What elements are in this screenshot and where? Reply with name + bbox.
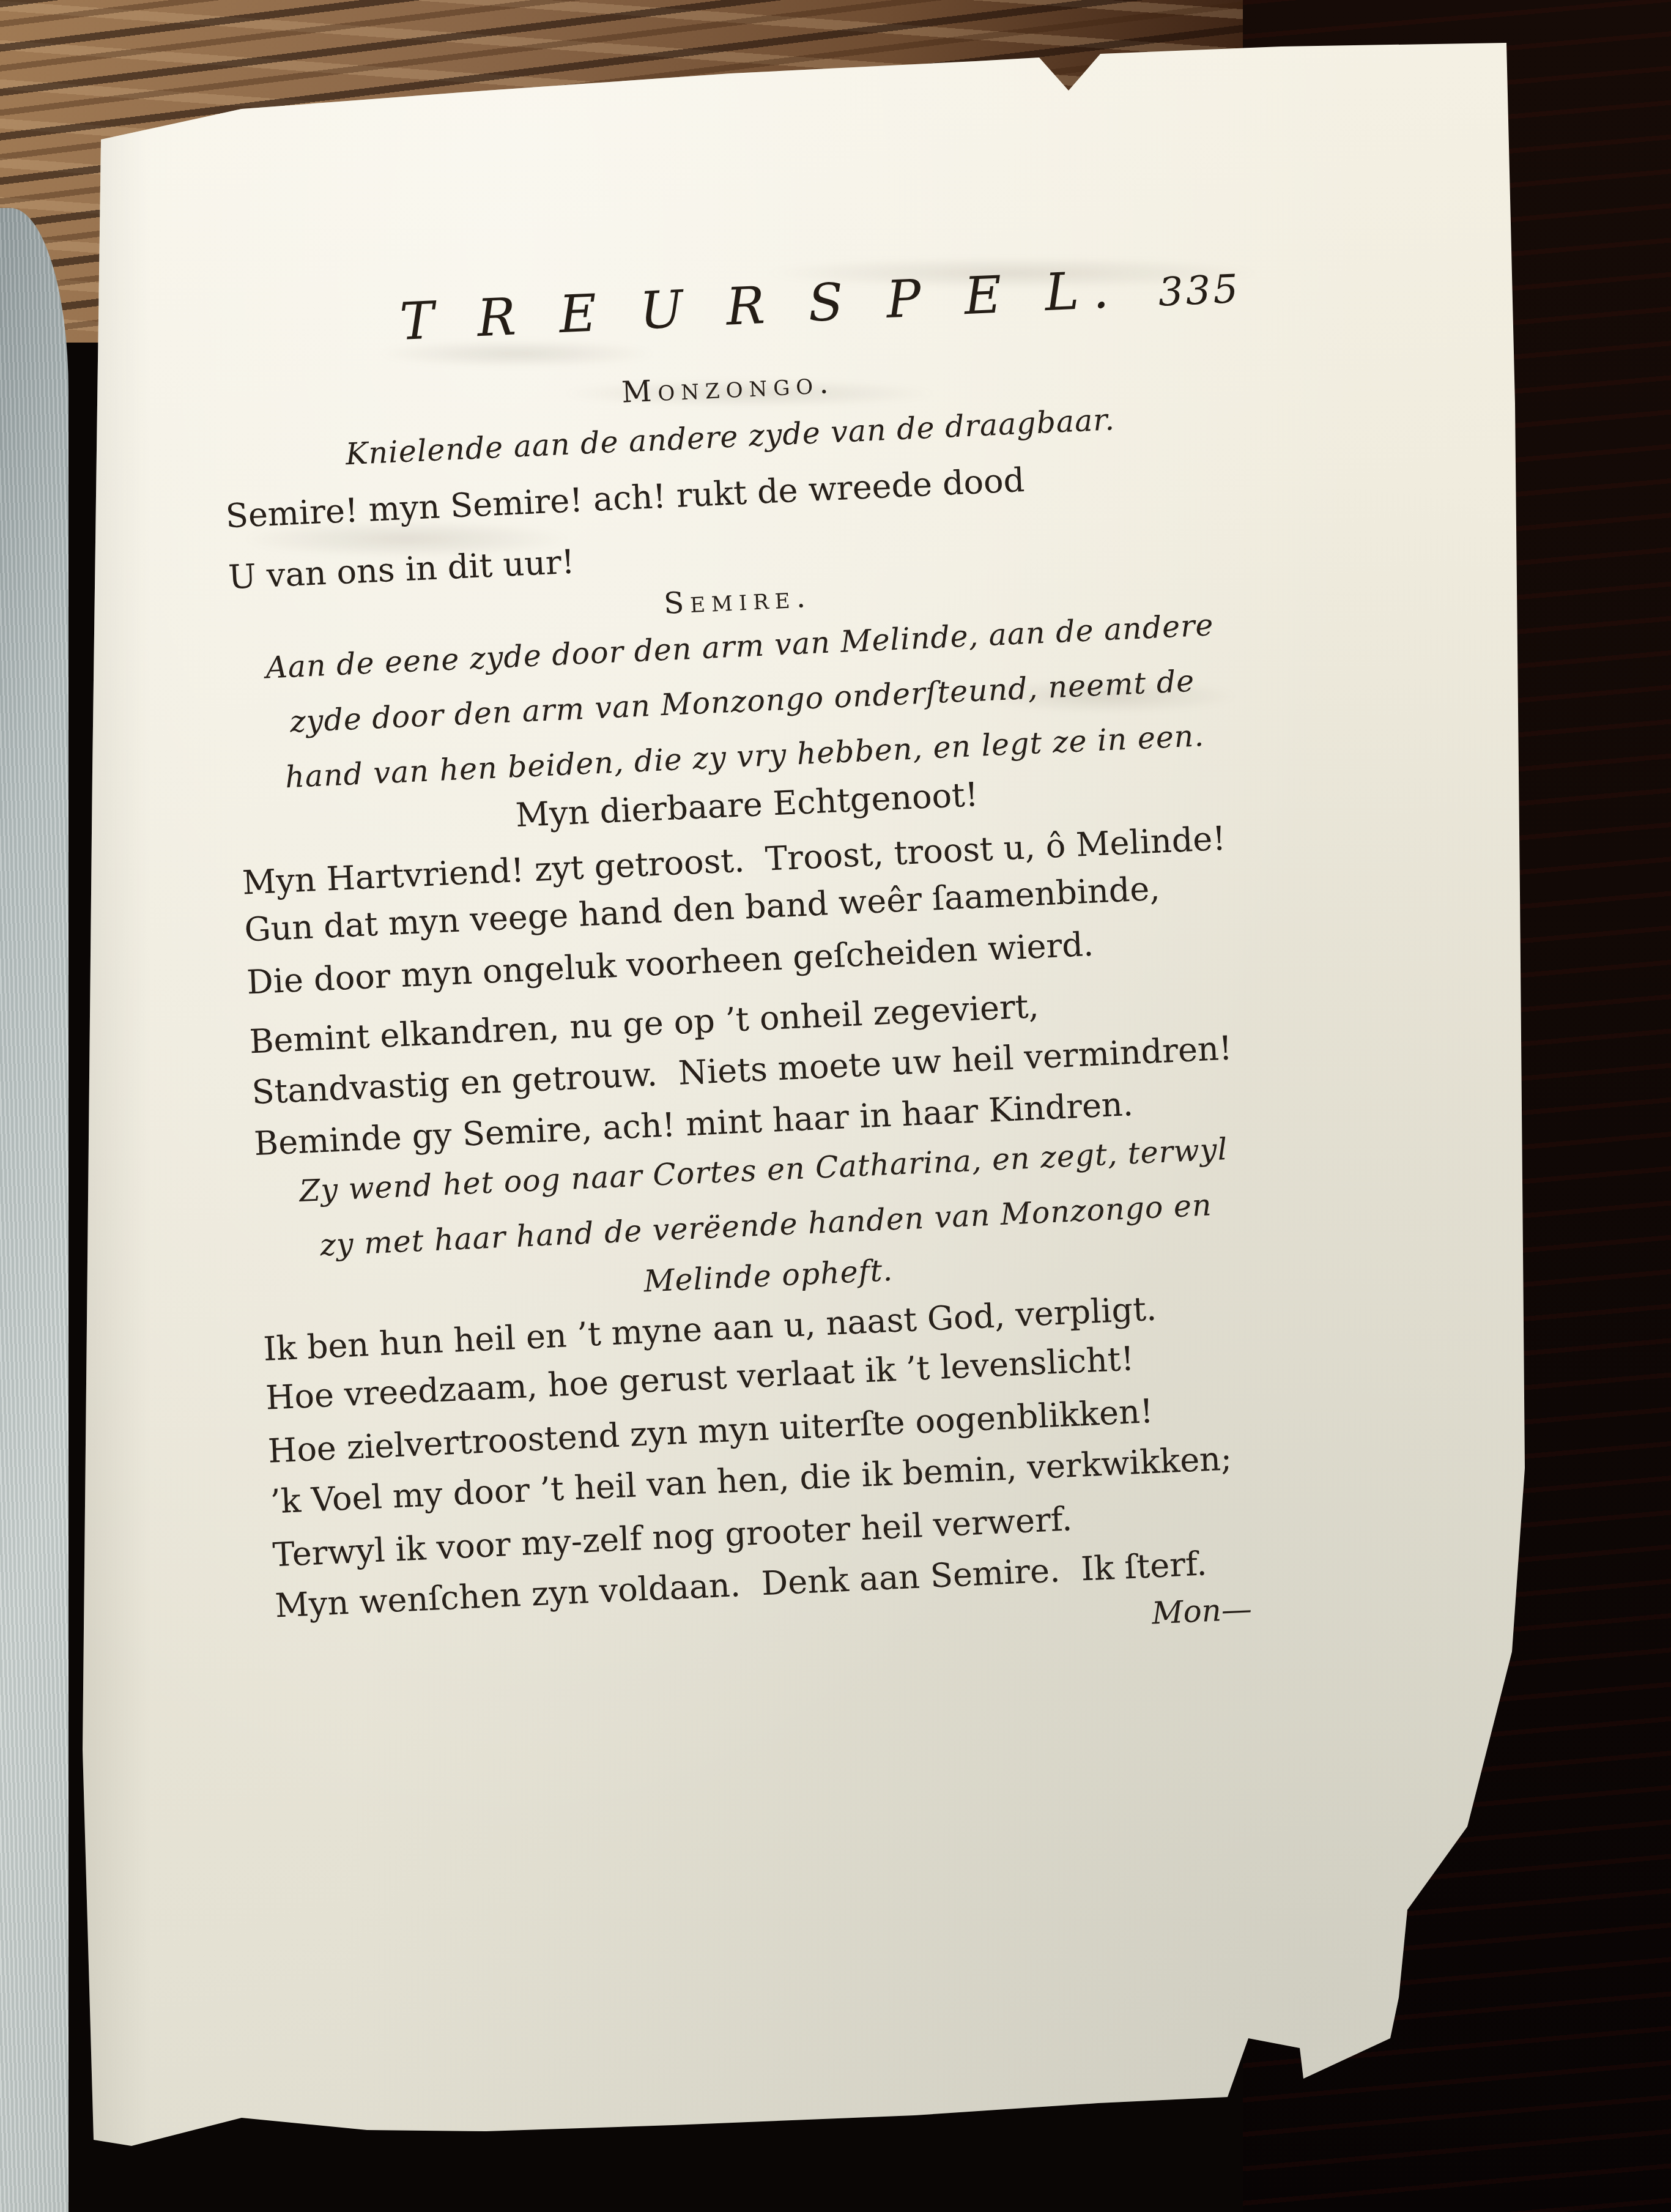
book-page: T R E U R S P E L. 335 Monzongo.Knielend… — [58, 37, 1532, 2153]
photo-of-book-page: { "book_page": { "header": { "title": "T… — [0, 0, 1671, 2212]
facing-page-edges — [0, 208, 69, 2212]
text-lines-container: Monzongo.Knielende aan de andere zyde va… — [183, 214, 1259, 263]
page-number: 335 — [1157, 267, 1241, 316]
page-content: T R E U R S P E L. 335 Monzongo.Knielend… — [183, 214, 1328, 1791]
running-header-title: T R E U R S P E L. — [185, 257, 1263, 357]
